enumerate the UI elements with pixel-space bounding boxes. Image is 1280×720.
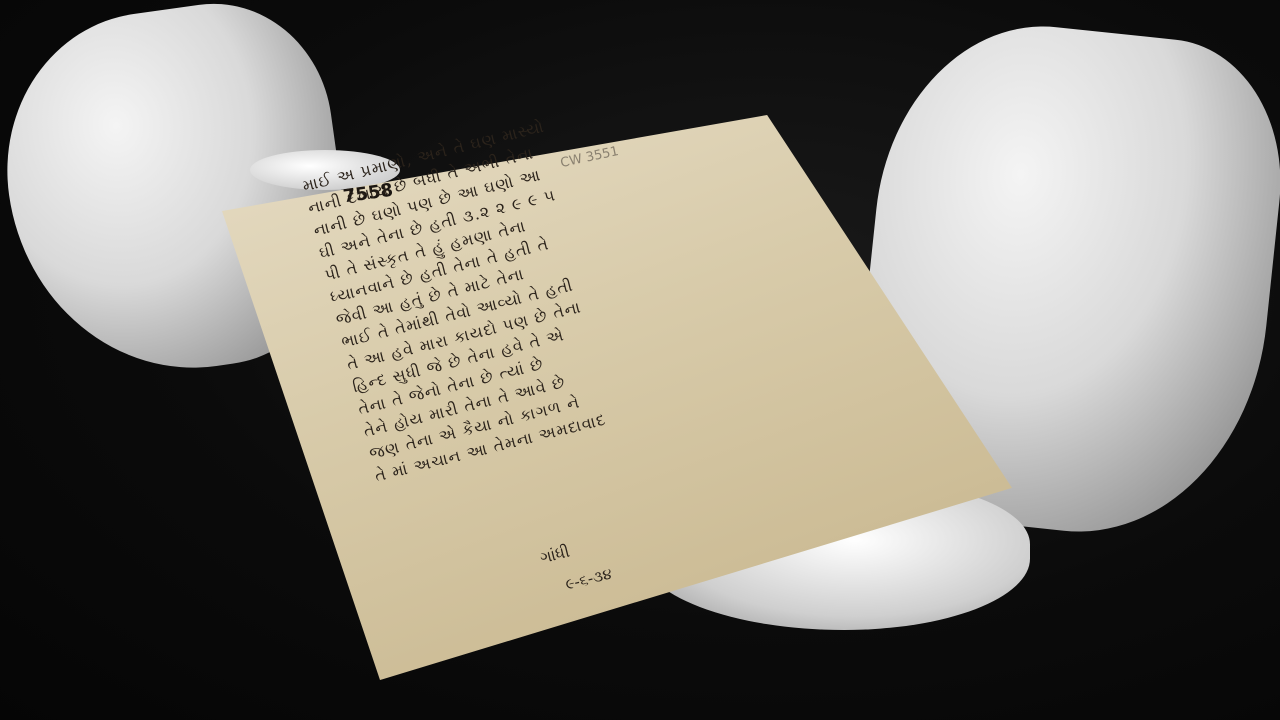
photo-scene: 7558 CW 3551 માઈ અ પ્રમાણો, અને તે ઘણ મા… — [0, 0, 1280, 720]
